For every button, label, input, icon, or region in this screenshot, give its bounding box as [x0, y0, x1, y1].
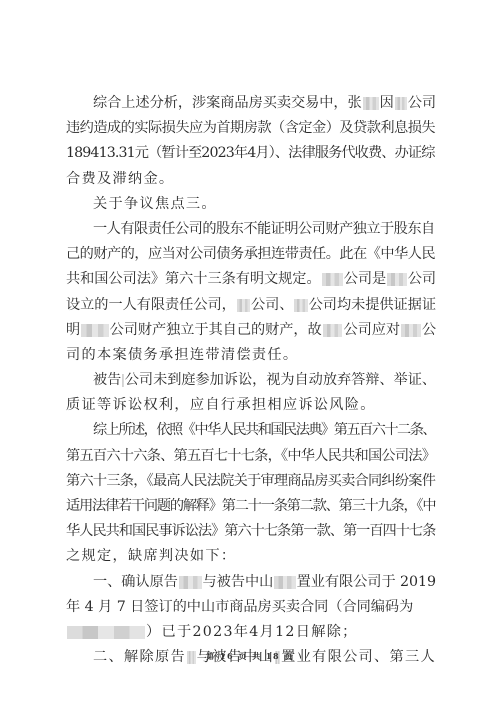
text-line: 质证等诉讼权利，应自行承担相应诉讼风险。: [66, 393, 436, 418]
text-segment: 适用法律若干问题的解释》第二十一条第二款、第三十九条，《中: [66, 494, 435, 519]
text-segment: 一、确认原告: [93, 570, 178, 595]
text-segment: 公司均未提供证据证: [309, 293, 436, 318]
redacted-name-block: [322, 273, 343, 286]
text-line: 司的本案债务承担连带清偿责任。: [66, 343, 436, 368]
text-line: 关于争议焦点三。: [66, 192, 436, 217]
text-line: ）已于2023年4月12日解除；: [66, 620, 436, 645]
text-segment: 年 4 月 7 日签订的中山市商品房买卖合同（合同编码为: [66, 595, 413, 620]
text-segment: 公: [422, 318, 436, 343]
text-line: 共和国公司法》第六十三条有明文规定。公司是公司: [66, 267, 436, 292]
redacted-name-block: [387, 273, 407, 286]
text-segment: 明: [66, 318, 80, 343]
text-segment: 置业有限公司于 2019: [297, 570, 436, 595]
text-line: 第六十三条，《最高人民法院关于审理商品房买卖合同纠纷案件: [66, 469, 436, 494]
text-line: 明公司财产独立于其自己的财产，故公司应对公: [66, 318, 436, 343]
redacted-name-block: [122, 374, 123, 387]
text-line: 年 4 月 7 日签订的中山市商品房买卖合同（合同编码为: [66, 595, 436, 620]
redacted-name-block: [401, 324, 421, 337]
text-segment: 质证等诉讼权利，应自行承担相应诉讼风险。: [66, 393, 376, 418]
text-segment: 公司应对: [343, 318, 400, 343]
text-segment: 第六十三条，《最高人民法院关于审理商品房买卖合同纠纷案件: [66, 469, 435, 494]
text-segment: 之规定，缺席判决如下：: [66, 544, 236, 569]
text-segment: 公司未到庭参加诉讼，视为自动放弃答辩、举证、: [125, 368, 436, 393]
text-segment: 综上所述，依照《中华人民共和国民法典》第五百六十二条、: [93, 418, 435, 443]
redacted-name-block: [237, 299, 250, 312]
text-segment: 设立的一人有限责任公司，: [66, 293, 236, 318]
text-segment: 公司、: [251, 293, 293, 318]
text-segment: 共和国公司法》第六十三条有明文规定。: [66, 267, 321, 292]
redacted-name-block: [294, 299, 307, 312]
text-segment: 司的本案债务承担连带清偿责任。: [66, 343, 298, 368]
text-segment: 华人民共和国民事诉讼法》第六十七条第一款、第一百四十七条: [66, 519, 435, 544]
text-line: 综合上述分析，涉案商品房买卖交易中，张因公司: [66, 91, 436, 116]
text-segment: 一人有限责任公司的股东不能证明公司财产独立于股东自: [93, 217, 435, 242]
text-line: 华人民共和国民事诉讼法》第六十七条第一款、第一百四十七条: [66, 519, 436, 544]
text-segment: 合费及滞纳金。: [66, 167, 174, 192]
redacted-name-block: [363, 97, 379, 110]
text-segment: 与被告中山: [203, 570, 274, 595]
document-page: 综合上述分析，涉案商品房买卖交易中，张因公司违约造成的实际损失应为首期房款（含定…: [0, 0, 500, 707]
text-segment: 第五百六十六条、第五百七十七条，《中华人民共和国公司法》: [66, 444, 435, 469]
text-segment: 被告: [93, 368, 121, 393]
redacted-name-block: [179, 576, 202, 589]
text-line: 之规定，缺席判决如下：: [66, 544, 436, 569]
text-line: 第五百六十六条、第五百七十七条，《中华人民共和国公司法》: [66, 444, 436, 469]
redacted-name-block: [323, 324, 343, 337]
text-segment: 公司财产独立于其自己的财产，故: [110, 318, 322, 343]
judgment-body-text: 综合上述分析，涉案商品房买卖交易中，张因公司违约造成的实际损失应为首期房款（含定…: [66, 91, 436, 670]
text-line: 189413.31元（暂计至2023年4月）、法律服务代收费、办证综: [66, 141, 436, 166]
redacted-name-block: [274, 576, 295, 589]
text-segment: 因: [380, 91, 394, 116]
redacted-name-block: [395, 97, 407, 110]
redacted-name-block: [67, 626, 145, 639]
text-segment: ）已于2023年4月12日解除；: [146, 620, 358, 645]
text-line: 一人有限责任公司的股东不能证明公司财产独立于股东自: [66, 217, 436, 242]
text-line: 违约造成的实际损失应为首期房款（含定金）及贷款利息损失: [66, 116, 436, 141]
text-segment: 公司是: [344, 267, 386, 292]
text-line: 适用法律若干问题的解释》第二十一条第二款、第三十九条，《中: [66, 494, 436, 519]
text-line: 综上所述，依照《中华人民共和国民法典》第五百六十二条、: [66, 418, 436, 443]
text-line: 合费及滞纳金。: [66, 167, 436, 192]
text-segment: 关于争议焦点三。: [93, 192, 217, 217]
text-segment: 己的财产的，应当对公司债务承担连带责任。此在《中华人民: [66, 242, 435, 267]
text-segment: 综合上述分析，涉案商品房买卖交易中，张: [93, 91, 362, 116]
text-line: 被告公司未到庭参加诉讼，视为自动放弃答辩、举证、: [66, 368, 436, 393]
page-number-footer: 第 16 页 共 18 页: [0, 651, 500, 662]
text-line: 设立的一人有限责任公司，公司、公司均未提供证据证: [66, 293, 436, 318]
text-segment: 公司: [408, 91, 436, 116]
text-segment: 公司: [408, 267, 436, 292]
text-segment: 违约造成的实际损失应为首期房款（含定金）及贷款利息损失: [66, 116, 435, 141]
text-line: 己的财产的，应当对公司债务承担连带责任。此在《中华人民: [66, 242, 436, 267]
text-line: 一、确认原告与被告中山置业有限公司于 2019: [66, 570, 436, 595]
text-segment: 189413.31元（暂计至2023年4月）、法律服务代收费、办证综: [66, 141, 435, 166]
redacted-name-block: [81, 324, 108, 337]
